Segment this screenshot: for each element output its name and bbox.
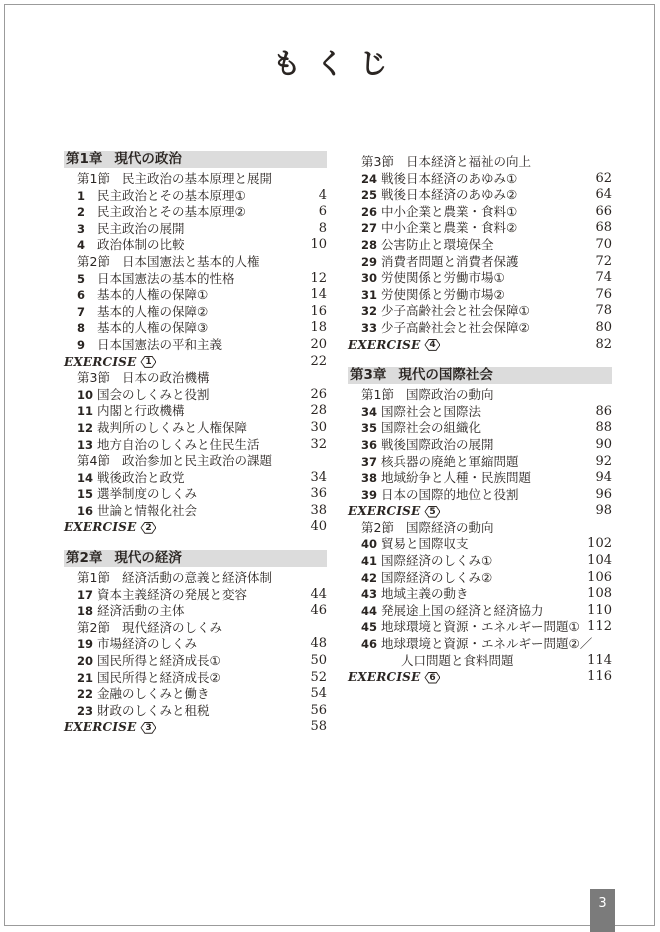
exercise-label: EXERCISE xyxy=(348,669,420,686)
item-title: 労使関係と労働市場② xyxy=(381,287,595,304)
toc-item-row: 45地球環境と資源・エネルギー問題①112 xyxy=(348,619,612,636)
item-page: 18 xyxy=(310,320,327,337)
item-title: 国民所得と経済成長② xyxy=(97,670,310,687)
item-title: 核兵器の廃絶と軍縮問題 xyxy=(381,454,595,471)
item-title: 財政のしくみと租税 xyxy=(97,703,310,720)
item-number: 14 xyxy=(77,470,97,487)
toc-item-row: 17資本主義経済の発展と変容44 xyxy=(64,587,327,604)
item-number: 19 xyxy=(77,636,97,653)
item-page: 36 xyxy=(310,486,327,503)
toc-item-row-continued: 人口問題と食料問題114 xyxy=(348,653,612,670)
item-page: 54 xyxy=(310,686,327,703)
item-title: 戦後国際政治の展開 xyxy=(381,437,595,454)
item-title: 民主政治とその基本原理② xyxy=(97,204,319,221)
section-title: 経済活動の意義と経済体制 xyxy=(122,570,272,587)
item-page: 6 xyxy=(319,204,327,221)
item-page: 74 xyxy=(595,270,612,287)
toc-item-row: 19市場経済のしくみ48 xyxy=(64,636,327,653)
item-page: 108 xyxy=(587,586,612,603)
chapter-label: 第2章 xyxy=(66,550,102,567)
toc-section-row: 第1節経済活動の意義と経済体制 xyxy=(64,570,327,587)
item-page: 4 xyxy=(319,188,327,205)
exercise-number: 6 xyxy=(424,672,440,684)
item-number: 12 xyxy=(77,420,97,437)
chapter-label: 第1章 xyxy=(66,151,102,168)
section-title: 国際政治の動向 xyxy=(406,387,494,404)
item-title: 国会のしくみと役割 xyxy=(97,387,310,404)
toc-item-row: 5日本国憲法の基本的性格12 xyxy=(64,271,327,288)
item-page: 10 xyxy=(310,237,327,254)
item-title: 国民所得と経済成長① xyxy=(97,653,310,670)
item-page: 68 xyxy=(595,220,612,237)
item-page: 62 xyxy=(595,171,612,188)
item-page: 64 xyxy=(595,187,612,204)
item-title: 地方自治のしくみと住民生活 xyxy=(97,437,310,454)
toc-section-row: 第4節政治参加と民主政治の課題 xyxy=(64,453,327,470)
item-number: 39 xyxy=(361,487,381,504)
item-title: 裁判所のしくみと人権保障 xyxy=(97,420,310,437)
item-number: 7 xyxy=(77,304,97,321)
toc-right-column: 第3節日本経済と福祉の向上24戦後日本経済のあゆみ①6225戦後日本経済のあゆみ… xyxy=(348,154,612,686)
toc-item-row: 12裁判所のしくみと人権保障30 xyxy=(64,420,327,437)
section-label: 第2節 xyxy=(77,620,110,637)
item-title: 国際経済のしくみ① xyxy=(381,553,587,570)
item-page: 30 xyxy=(310,420,327,437)
exercise-number-badge: 5 xyxy=(424,506,440,518)
item-title: 少子高齢社会と社会保障① xyxy=(381,303,595,320)
item-title: 基本的人権の保障② xyxy=(97,304,310,321)
item-number: 28 xyxy=(361,237,381,254)
exercise-label: EXERCISE xyxy=(64,354,136,371)
toc-item-row: 27中小企業と農業・食料②68 xyxy=(348,220,612,237)
toc-item-row: 29消費者問題と消費者保護72 xyxy=(348,254,612,271)
item-number: 5 xyxy=(77,271,97,288)
section-title: 日本の政治機構 xyxy=(122,370,210,387)
toc-item-row: 13地方自治のしくみと住民生活32 xyxy=(64,437,327,454)
exercise-number: 5 xyxy=(424,506,440,518)
item-number: 26 xyxy=(361,204,381,221)
item-title: 基本的人権の保障③ xyxy=(97,320,310,337)
toc-exercise-row: EXERCISE6116 xyxy=(348,669,612,686)
item-title: 少子高齢社会と社会保障② xyxy=(381,320,595,337)
item-page: 114 xyxy=(587,653,612,670)
exercise-number: 1 xyxy=(140,356,156,368)
toc-item-row: 35国際社会の組織化88 xyxy=(348,420,612,437)
item-number: 41 xyxy=(361,553,381,570)
item-page: 34 xyxy=(310,470,327,487)
exercise-label: EXERCISE xyxy=(348,503,420,520)
exercise-number-badge: 2 xyxy=(140,522,156,534)
item-page: 106 xyxy=(587,570,612,587)
item-title: 金融のしくみと働き xyxy=(97,686,310,703)
section-title: 日本経済と福祉の向上 xyxy=(406,154,531,171)
item-page: 110 xyxy=(587,603,612,620)
item-number: 30 xyxy=(361,270,381,287)
item-page: 94 xyxy=(595,470,612,487)
item-title: 市場経済のしくみ xyxy=(97,636,310,653)
item-title: 貿易と国際収支 xyxy=(381,536,587,553)
item-page: 104 xyxy=(587,553,612,570)
section-label: 第2節 xyxy=(77,254,110,271)
item-number: 32 xyxy=(361,303,381,320)
item-page: 56 xyxy=(310,703,327,720)
exercise-number: 4 xyxy=(424,339,440,351)
item-number: 29 xyxy=(361,254,381,271)
toc-item-row: 14戦後政治と政党34 xyxy=(64,470,327,487)
toc-item-row: 26中小企業と農業・食料①66 xyxy=(348,204,612,221)
toc-left-column: 第1章現代の政治第1節民主政治の基本原理と展開1民主政治とその基本原理①42民主… xyxy=(64,151,327,736)
item-title: 民主政治とその基本原理① xyxy=(97,188,319,205)
item-title: 中小企業と農業・食料① xyxy=(381,204,595,221)
page-number: 3 xyxy=(598,896,606,911)
item-number: 42 xyxy=(361,570,381,587)
item-title: 国際社会の組織化 xyxy=(381,420,595,437)
item-page: 12 xyxy=(310,271,327,288)
chapter-title: 現代の経済 xyxy=(114,550,182,567)
chapter-title: 現代の政治 xyxy=(114,151,182,168)
toc-item-row: 18経済活動の主体46 xyxy=(64,603,327,620)
toc-chapter-row: 第2章現代の経済 xyxy=(64,550,327,567)
item-title: 地球環境と資源・エネルギー問題① xyxy=(381,619,587,636)
toc-item-row: 16世論と情報化社会38 xyxy=(64,503,327,520)
toc-item-row: 28公害防止と環境保全70 xyxy=(348,237,612,254)
item-page: 66 xyxy=(595,204,612,221)
toc-section-row: 第3節日本の政治機構 xyxy=(64,370,327,387)
section-label: 第3節 xyxy=(361,154,394,171)
item-title: 国際経済のしくみ② xyxy=(381,570,587,587)
toc-item-row: 8基本的人権の保障③18 xyxy=(64,320,327,337)
toc-item-row: 42国際経済のしくみ②106 xyxy=(348,570,612,587)
toc-section-row: 第1節国際政治の動向 xyxy=(348,387,612,404)
toc-item-row: 43地域主義の動き108 xyxy=(348,586,612,603)
item-number: 37 xyxy=(361,454,381,471)
toc-item-row: 23財政のしくみと租税56 xyxy=(64,703,327,720)
item-page: 46 xyxy=(310,603,327,620)
item-page: 80 xyxy=(595,320,612,337)
toc-section-row: 第1節民主政治の基本原理と展開 xyxy=(64,171,327,188)
item-number: 15 xyxy=(77,486,97,503)
item-number: 34 xyxy=(361,404,381,421)
item-number: 36 xyxy=(361,437,381,454)
exercise-page: 22 xyxy=(310,354,327,371)
exercise-label: EXERCISE xyxy=(348,337,420,354)
item-title: 公害防止と環境保全 xyxy=(381,237,595,254)
item-number: 35 xyxy=(361,420,381,437)
toc-item-row: 21国民所得と経済成長②52 xyxy=(64,670,327,687)
exercise-number-badge: 3 xyxy=(140,722,156,734)
item-page: 78 xyxy=(595,303,612,320)
item-page: 70 xyxy=(595,237,612,254)
toc-item-row: 22金融のしくみと働き54 xyxy=(64,686,327,703)
toc-item-row: 11内閣と行政機構28 xyxy=(64,403,327,420)
toc-item-row: 40貿易と国際収支102 xyxy=(348,536,612,553)
toc-item-row: 30労使関係と労働市場①74 xyxy=(348,270,612,287)
item-title: 世論と情報化社会 xyxy=(97,503,310,520)
toc-item-row: 10国会のしくみと役割26 xyxy=(64,387,327,404)
toc-chapter-row: 第1章現代の政治 xyxy=(64,151,327,168)
section-label: 第1節 xyxy=(77,570,110,587)
item-number: 22 xyxy=(77,686,97,703)
toc-item-row: 7基本的人権の保障②16 xyxy=(64,304,327,321)
item-number: 31 xyxy=(361,287,381,304)
item-title: 政治体制の比較 xyxy=(97,237,310,254)
item-number: 21 xyxy=(77,670,97,687)
item-number: 2 xyxy=(77,204,97,221)
item-number: 17 xyxy=(77,587,97,604)
toc-item-row: 46地球環境と資源・エネルギー問題②／ xyxy=(348,636,612,653)
toc-item-row: 2民主政治とその基本原理②6 xyxy=(64,204,327,221)
toc-section-row: 第2節国際経済の動向 xyxy=(348,520,612,537)
item-number: 25 xyxy=(361,187,381,204)
item-page: 48 xyxy=(310,636,327,653)
item-number: 6 xyxy=(77,287,97,304)
item-number: 23 xyxy=(77,703,97,720)
item-page: 92 xyxy=(595,454,612,471)
item-number: 16 xyxy=(77,503,97,520)
toc-item-row: 36戦後国際政治の展開90 xyxy=(348,437,612,454)
item-page: 14 xyxy=(310,287,327,304)
item-title: 戦後日本経済のあゆみ② xyxy=(381,187,595,204)
item-title: 中小企業と農業・食料② xyxy=(381,220,595,237)
section-label: 第3節 xyxy=(77,370,110,387)
toc-item-row: 37核兵器の廃絶と軍縮問題92 xyxy=(348,454,612,471)
toc-section-row: 第3節日本経済と福祉の向上 xyxy=(348,154,612,171)
section-title: 現代経済のしくみ xyxy=(122,620,222,637)
toc-item-row: 44発展途上国の経済と経済協力110 xyxy=(348,603,612,620)
item-page: 76 xyxy=(595,287,612,304)
item-title: 日本国憲法の平和主義 xyxy=(97,337,310,354)
item-title: 消費者問題と消費者保護 xyxy=(381,254,595,271)
exercise-page: 40 xyxy=(310,519,327,536)
section-label: 第2節 xyxy=(361,520,394,537)
section-label: 第1節 xyxy=(361,387,394,404)
item-number: 20 xyxy=(77,653,97,670)
item-title: 経済活動の主体 xyxy=(97,603,310,620)
item-title: 民主政治の展開 xyxy=(97,221,319,238)
item-page: 86 xyxy=(595,404,612,421)
item-number: 38 xyxy=(361,470,381,487)
section-title: 政治参加と民主政治の課題 xyxy=(122,453,272,470)
item-number: 45 xyxy=(361,619,381,636)
exercise-page: 82 xyxy=(595,337,612,354)
item-page: 16 xyxy=(310,304,327,321)
item-number: 46 xyxy=(361,636,381,653)
item-page: 32 xyxy=(310,437,327,454)
item-number: 27 xyxy=(361,220,381,237)
section-title: 日本国憲法と基本的人権 xyxy=(122,254,260,271)
toc-section-row: 第2節現代経済のしくみ xyxy=(64,620,327,637)
toc-item-row: 1民主政治とその基本原理①4 xyxy=(64,188,327,205)
item-page: 102 xyxy=(587,536,612,553)
item-title: 労使関係と労働市場① xyxy=(381,270,595,287)
item-title-line2: 人口問題と食料問題 xyxy=(381,653,587,670)
item-page: 88 xyxy=(595,420,612,437)
exercise-number: 2 xyxy=(140,522,156,534)
item-title: 地球環境と資源・エネルギー問題②／ xyxy=(381,636,612,653)
item-page: 44 xyxy=(310,587,327,604)
toc-exercise-row: EXERCISE482 xyxy=(348,337,612,354)
chapter-label: 第3章 xyxy=(350,367,386,384)
toc-item-row: 32少子高齢社会と社会保障①78 xyxy=(348,303,612,320)
toc-item-row: 15選挙制度のしくみ36 xyxy=(64,486,327,503)
item-page: 8 xyxy=(319,221,327,238)
item-title: 国際社会と国際法 xyxy=(381,404,595,421)
item-number: 43 xyxy=(361,586,381,603)
section-label: 第4節 xyxy=(77,453,110,470)
item-number: 11 xyxy=(77,403,97,420)
page-number-tab: 3 xyxy=(590,889,615,932)
item-number: 4 xyxy=(77,237,97,254)
item-title: 戦後政治と政党 xyxy=(97,470,310,487)
item-title: 発展途上国の経済と経済協力 xyxy=(381,603,587,620)
item-title: 戦後日本経済のあゆみ① xyxy=(381,171,595,188)
exercise-number-badge: 1 xyxy=(140,356,156,368)
exercise-page: 116 xyxy=(587,669,612,686)
exercise-label: EXERCISE xyxy=(64,519,136,536)
item-page: 72 xyxy=(595,254,612,271)
chapter-title: 現代の国際社会 xyxy=(398,367,493,384)
item-number: 10 xyxy=(77,387,97,404)
toc-item-row: 31労使関係と労働市場②76 xyxy=(348,287,612,304)
toc-item-row: 33少子高齢社会と社会保障②80 xyxy=(348,320,612,337)
section-label: 第1節 xyxy=(77,171,110,188)
item-number: 24 xyxy=(361,171,381,188)
toc-item-row: 6基本的人権の保障①14 xyxy=(64,287,327,304)
item-title: 地域紛争と人種・民族問題 xyxy=(381,470,595,487)
exercise-number-badge: 4 xyxy=(424,339,440,351)
exercise-number: 3 xyxy=(140,722,156,734)
item-title: 日本の国際的地位と役割 xyxy=(381,487,595,504)
toc-item-row: 41国際経済のしくみ①104 xyxy=(348,553,612,570)
item-page: 20 xyxy=(310,337,327,354)
item-page: 50 xyxy=(310,653,327,670)
exercise-label: EXERCISE xyxy=(64,719,136,736)
toc-item-row: 9日本国憲法の平和主義20 xyxy=(64,337,327,354)
item-page: 112 xyxy=(587,619,612,636)
toc-exercise-row: EXERCISE598 xyxy=(348,503,612,520)
item-page: 38 xyxy=(310,503,327,520)
exercise-page: 98 xyxy=(595,503,612,520)
item-number: 44 xyxy=(361,603,381,620)
item-number: 40 xyxy=(361,536,381,553)
item-title: 内閣と行政機構 xyxy=(97,403,310,420)
toc-item-row: 25戦後日本経済のあゆみ②64 xyxy=(348,187,612,204)
item-title: 地域主義の動き xyxy=(381,586,587,603)
item-number: 33 xyxy=(361,320,381,337)
item-title: 選挙制度のしくみ xyxy=(97,486,310,503)
exercise-number-badge: 6 xyxy=(424,672,440,684)
item-page: 96 xyxy=(595,487,612,504)
item-number: 18 xyxy=(77,603,97,620)
item-title: 資本主義経済の発展と変容 xyxy=(97,587,310,604)
item-number: 9 xyxy=(77,337,97,354)
toc-item-row: 20国民所得と経済成長①50 xyxy=(64,653,327,670)
item-number: 1 xyxy=(77,188,97,205)
item-page: 52 xyxy=(310,670,327,687)
item-number: 8 xyxy=(77,320,97,337)
toc-item-row: 34国際社会と国際法86 xyxy=(348,404,612,421)
item-title: 基本的人権の保障① xyxy=(97,287,310,304)
item-page: 26 xyxy=(310,387,327,404)
item-page: 90 xyxy=(595,437,612,454)
toc-item-row: 3民主政治の展開8 xyxy=(64,221,327,238)
toc-section-row: 第2節日本国憲法と基本的人権 xyxy=(64,254,327,271)
toc-item-row: 24戦後日本経済のあゆみ①62 xyxy=(348,171,612,188)
section-title: 民主政治の基本原理と展開 xyxy=(122,171,272,188)
exercise-page: 58 xyxy=(310,719,327,736)
toc-item-row: 38地域紛争と人種・民族問題94 xyxy=(348,470,612,487)
toc-item-row: 39日本の国際的地位と役割96 xyxy=(348,487,612,504)
page-title: もくじ xyxy=(0,42,660,82)
toc-item-row: 4政治体制の比較10 xyxy=(64,237,327,254)
toc-exercise-row: EXERCISE122 xyxy=(64,354,327,371)
item-title: 日本国憲法の基本的性格 xyxy=(97,271,310,288)
toc-chapter-row: 第3章現代の国際社会 xyxy=(348,367,612,384)
item-page: 28 xyxy=(310,403,327,420)
toc-exercise-row: EXERCISE240 xyxy=(64,519,327,536)
toc-exercise-row: EXERCISE358 xyxy=(64,719,327,736)
item-number: 3 xyxy=(77,221,97,238)
section-title: 国際経済の動向 xyxy=(406,520,494,537)
item-number: 13 xyxy=(77,437,97,454)
